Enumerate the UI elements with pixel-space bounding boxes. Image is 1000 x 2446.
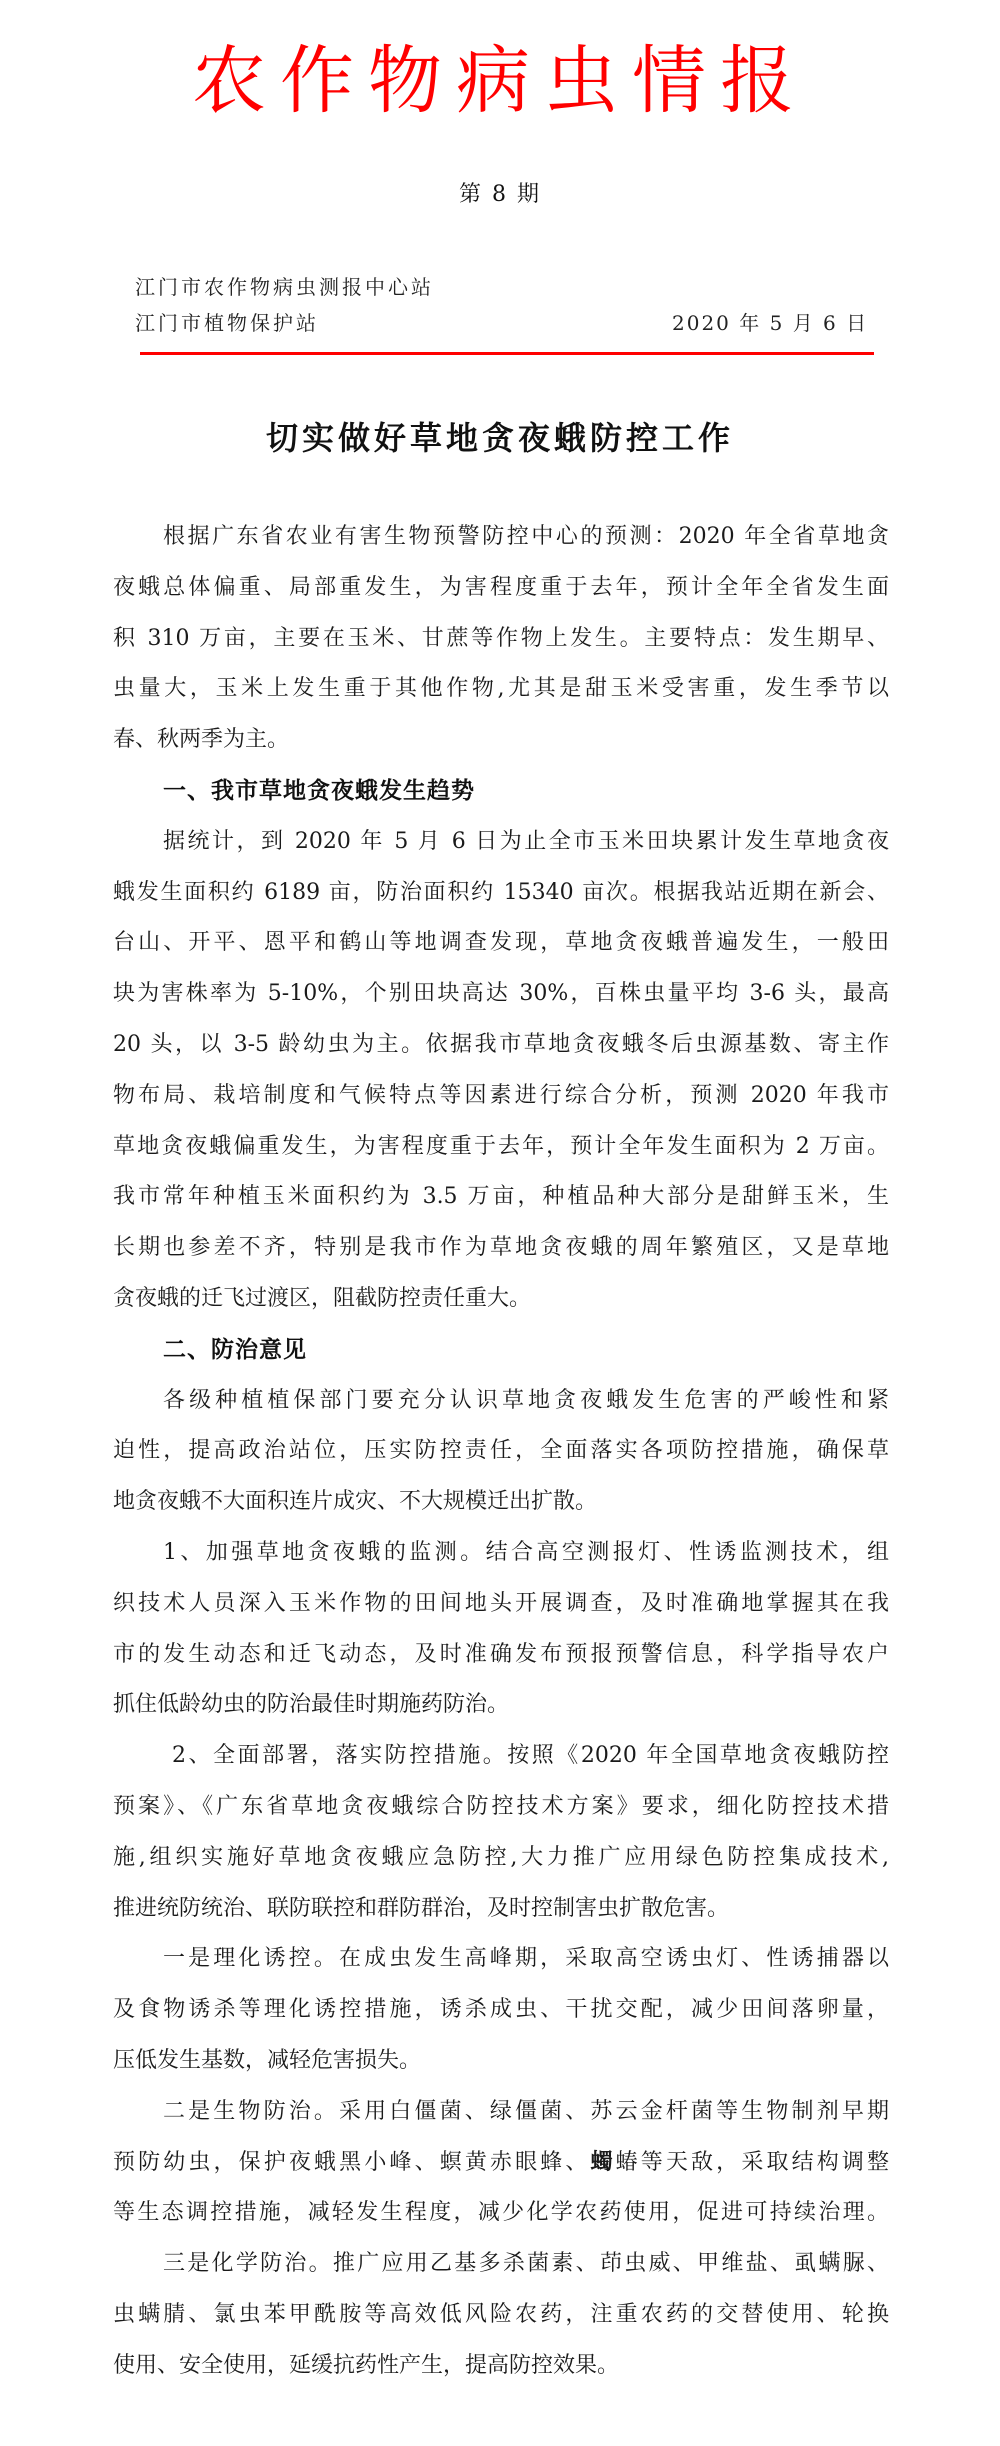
text-line-with-bold-char: 预防幼虫，保护夜蛾黑小峰、螟黄赤眼蜂、蠋蝽等天敌，采取结构调整 xyxy=(113,2138,889,2189)
text-line: 贪夜蛾的迁飞过渡区，阻截防控责任重大。 xyxy=(113,1274,889,1325)
text-line: 草地贪夜蛾偏重发生，为害程度重于去年，预计全年发生面积为 2 万亩。 xyxy=(113,1122,889,1173)
text-line: 2、全面部署，落实防控措施。按照《2020 年全国草地贪夜蛾防控 xyxy=(113,1731,889,1782)
text-line: 长期也参差不齐，特别是我市作为草地贪夜蛾的周年繁殖区，又是草地 xyxy=(113,1223,889,1274)
text-line: 市的发生动态和迁飞动态，及时准确发布预报预警信息，科学指导农户 xyxy=(113,1630,889,1681)
text-line: 蛾发生面积约 6189 亩，防治面积约 15340 亩次。根据我站近期在新会、 xyxy=(113,868,889,919)
text-segment: 预防幼虫，保护夜蛾黑小峰、螟黄赤眼蜂、 xyxy=(113,2150,591,2175)
bold-character: 蠋 xyxy=(591,2150,616,2175)
paragraph-deployment: 2、全面部署，落实防控措施。按照《2020 年全国草地贪夜蛾防控 预案》、《广东… xyxy=(113,1731,889,1934)
text-line: 等生态调控措施，减轻发生程度，减少化学农药使用，促进可持续治理。 xyxy=(113,2188,889,2239)
paragraph-monitoring: 1、加强草地贪夜蛾的监测。结合高空测报灯、性诱监测技术，组 织技术人员深入玉米作… xyxy=(113,1528,889,1731)
red-divider-rule xyxy=(140,352,874,355)
text-line: 施,组织实施好草地贪夜蛾应急防控,大力推广应用绿色防控集成技术, xyxy=(113,1833,889,1884)
text-segment: 蝽等天敌，采取结构调整 xyxy=(616,2150,889,2175)
paragraph-overview: 各级种植植保部门要充分认识草地贪夜蛾发生危害的严峻性和紧 迫性，提高政治站位，压… xyxy=(113,1376,889,1528)
section-2: 二、防治意见 各级种植植保部门要充分认识草地贪夜蛾发生危害的严峻性和紧 迫性，提… xyxy=(113,1325,889,2392)
text-line: 地贪夜蛾不大面积连片成灾、不大规模迁出扩散。 xyxy=(113,1477,889,1528)
text-line: 迫性，提高政治站位，压实防控责任，全面落实各项防控措施，确保草 xyxy=(113,1426,889,1477)
paragraph-chemical-control: 三是化学防治。推广应用乙基多杀菌素、茚虫威、甲维盐、虱螨脲、 虫螨腈、氯虫苯甲酰… xyxy=(113,2239,889,2391)
text-line: 积 310 万亩，主要在玉米、甘蔗等作物上发生。主要特点：发生期早、 xyxy=(113,614,889,665)
issuing-org-2: 江门市植物保护站 xyxy=(135,309,319,337)
text-line: 各级种植植保部门要充分认识草地贪夜蛾发生危害的严峻性和紧 xyxy=(113,1376,889,1427)
intro-paragraph: 根据广东省农业有害生物预警防控中心的预测：2020 年全省草地贪 夜蛾总体偏重、… xyxy=(113,512,889,766)
text-line: 虫量大，玉米上发生重于其他作物,尤其是甜玉米受害重，发生季节以 xyxy=(113,664,889,715)
article-body: 根据广东省农业有害生物预警防控中心的预测：2020 年全省草地贪 夜蛾总体偏重、… xyxy=(113,512,889,2391)
text-line: 压低发生基数，减轻危害损失。 xyxy=(113,2036,889,2087)
text-line: 1、加强草地贪夜蛾的监测。结合高空测报灯、性诱监测技术，组 xyxy=(113,1528,889,1579)
text-line: 预案》、《广东省草地贪夜蛾综合防控技术方案》要求，细化防控技术措 xyxy=(113,1782,889,1833)
text-line: 根据广东省农业有害生物预警防控中心的预测：2020 年全省草地贪 xyxy=(113,512,889,563)
text-line: 使用、安全使用，延缓抗药性产生，提高防控效果。 xyxy=(113,2341,889,2392)
article-title: 切实做好草地贪夜蛾防控工作 xyxy=(0,418,1000,458)
text-line: 及食物诱杀等理化诱控措施，诱杀成虫、干扰交配，减少田间落卵量， xyxy=(113,1985,889,2036)
text-line: 台山、开平、恩平和鹤山等地调查发现，草地贪夜蛾普遍发生，一般田 xyxy=(113,918,889,969)
text-line: 推进统防统治、联防联控和群防群治，及时控制害虫扩散危害。 xyxy=(113,1884,889,1935)
text-line: 夜蛾总体偏重、局部重发生，为害程度重于去年，预计全年全省发生面 xyxy=(113,563,889,614)
masthead-title: 农作物病虫情报 xyxy=(0,36,1000,126)
text-line: 虫螨腈、氯虫苯甲酰胺等高效低风险农药，注重农药的交替使用、轮换 xyxy=(113,2290,889,2341)
text-line: 抓住低龄幼虫的防治最佳时期施药防治。 xyxy=(113,1680,889,1731)
text-line: 一是理化诱控。在成虫发生高峰期，采取高空诱虫灯、性诱捕器以 xyxy=(113,1934,889,1985)
text-line: 20 头，以 3-5 龄幼虫为主。依据我市草地贪夜蛾冬后虫源基数、寄主作 xyxy=(113,1020,889,1071)
section-heading: 二、防治意见 xyxy=(113,1325,889,1376)
text-line: 我市常年种植玉米面积约为 3.5 万亩，种植品种大部分是甜鲜玉米，生 xyxy=(113,1172,889,1223)
paragraph-biological-control: 二是生物防治。采用白僵菌、绿僵菌、苏云金杆菌等生物制剂早期 预防幼虫，保护夜蛾黑… xyxy=(113,2087,889,2239)
paragraph-physical-control: 一是理化诱控。在成虫发生高峰期，采取高空诱虫灯、性诱捕器以 及食物诱杀等理化诱控… xyxy=(113,1934,889,2086)
text-line: 春、秋两季为主。 xyxy=(113,715,889,766)
issue-date: 2020 年 5 月 6 日 xyxy=(672,309,868,337)
text-line: 块为害株率为 5-10%，个别田块高达 30%，百株虫量平均 3-6 头，最高 xyxy=(113,969,889,1020)
text-line: 三是化学防治。推广应用乙基多杀菌素、茚虫威、甲维盐、虱螨脲、 xyxy=(113,2239,889,2290)
text-line: 二是生物防治。采用白僵菌、绿僵菌、苏云金杆菌等生物制剂早期 xyxy=(113,2087,889,2138)
text-line: 织技术人员深入玉米作物的田间地头开展调查，及时准确地掌握其在我 xyxy=(113,1579,889,1630)
text-line: 物布局、栽培制度和气候特点等因素进行综合分析，预测 2020 年我市 xyxy=(113,1071,889,1122)
section-1: 一、我市草地贪夜蛾发生趋势 据统计，到 2020 年 5 月 6 日为止全市玉米… xyxy=(113,766,889,1325)
issuing-org-1: 江门市农作物病虫测报中心站 xyxy=(135,273,434,301)
section-heading: 一、我市草地贪夜蛾发生趋势 xyxy=(113,766,889,817)
issue-number: 第 8 期 xyxy=(0,180,1000,210)
text-line: 据统计，到 2020 年 5 月 6 日为止全市玉米田块累计发生草地贪夜 xyxy=(113,817,889,868)
